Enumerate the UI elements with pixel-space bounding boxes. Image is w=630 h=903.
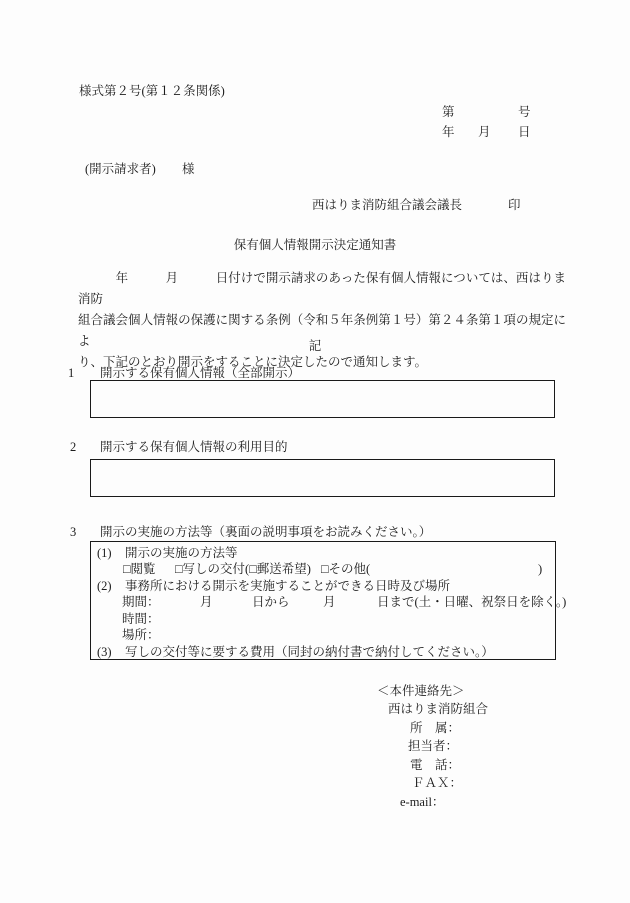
method-item2-number: (2): [97, 579, 112, 593]
recipient-label: (開示請求者): [85, 162, 156, 176]
ki-heading: 記: [0, 336, 630, 354]
method-item3-number: (3): [97, 645, 112, 659]
doc-number-prefix: 第: [442, 105, 455, 119]
section-3-number: 3: [70, 525, 76, 539]
period-day-to: 日まで(土・日曜、祝祭日を除く。): [377, 595, 566, 609]
section-3-title: 開示の実施の方法等（裏面の説明事項をお読みください。）: [100, 525, 431, 539]
period-month-to: 月: [323, 595, 336, 609]
issuer-name: 西はりま消防組合議会議長: [312, 198, 462, 212]
period-month-from: 月: [200, 595, 213, 609]
method-item3-title: 写しの交付等に要する費用（同封の納付書で納付してください。）: [125, 645, 494, 659]
date-year-label: 年: [442, 125, 455, 139]
disclosed-info-box: [90, 380, 555, 418]
document-page: 様式第２号(第１２条関係) 第 号 年 月 日 (開示請求者) 様 西はりま消防…: [0, 0, 630, 903]
section-2-title: 開示する保有個人情報の利用目的: [100, 440, 288, 454]
period-label: 期間：: [122, 595, 160, 609]
contact-field-email: e-mail：: [400, 795, 444, 809]
method-item1-number: (1): [97, 546, 112, 560]
body-paragraph: 年 月 日付けで開示請求のあった保有個人情報については、西はりま消防 組合議会個…: [78, 268, 566, 373]
contact-header: ＜本件連絡先＞: [377, 684, 465, 698]
form-number: 様式第２号(第１２条関係): [79, 84, 225, 98]
option-other-close-paren: ): [538, 562, 542, 576]
method-item2-title: 事務所における開示を実施することができる日時及び場所: [125, 579, 450, 593]
date-month-label: 月: [478, 125, 491, 139]
seal-placeholder: 印: [508, 198, 521, 212]
time-label: 時間：: [122, 612, 160, 626]
checkbox-option-copy: □写しの交付(□郵送希望): [175, 562, 311, 576]
contact-field-person: 担当者：: [408, 739, 458, 753]
place-label: 場所：: [122, 628, 160, 642]
doc-number-suffix: 号: [518, 105, 531, 119]
date-day-label: 日: [518, 125, 531, 139]
contact-organization: 西はりま消防組合: [388, 702, 488, 716]
period-day-from: 日から: [252, 595, 290, 609]
contact-field-department: 所 属：: [410, 721, 460, 735]
document-title: 保有個人情報開示決定通知書: [0, 235, 630, 253]
contact-field-fax: ＦＡＸ：: [412, 776, 462, 790]
section-2-number: 2: [70, 440, 76, 454]
contact-field-phone: 電 話：: [410, 758, 460, 772]
section-1-number: 1: [68, 366, 74, 380]
method-item1-title: 開示の実施の方法等: [125, 546, 238, 560]
recipient-honorific: 様: [182, 162, 195, 176]
checkbox-option-other: □その他(: [321, 562, 370, 576]
checkbox-option-view: □閲覧: [123, 562, 156, 576]
section-1-title: 開示する保有個人情報（全部開示）: [100, 366, 300, 380]
usage-purpose-box: [90, 459, 555, 497]
